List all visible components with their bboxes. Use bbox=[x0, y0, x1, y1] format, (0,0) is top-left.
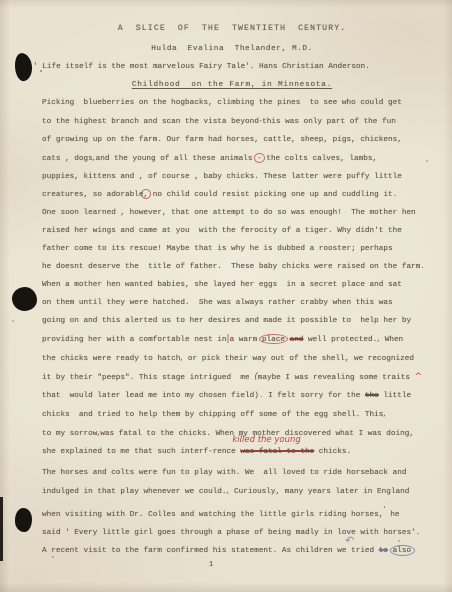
typed-line: when visiting with Dr. Colles and watchi… bbox=[42, 501, 422, 524]
typed-text: The horses and colts were fun to play wi… bbox=[42, 469, 406, 477]
paragraph: Picking blueberries on the hogbacks, cli… bbox=[42, 94, 422, 461]
scan-edge-mark bbox=[0, 497, 3, 561]
typed-body: Picking blueberries on the hogbacks, cli… bbox=[42, 94, 422, 560]
typewritten-page: A SLICE OF THE TWENTIETH CENTURY. Hulda … bbox=[0, 0, 452, 592]
red-typed-text: . bbox=[420, 263, 425, 271]
typed-text: when visiting with Dr. Colles and watchi… bbox=[42, 511, 383, 519]
section-heading: Childhood on the Farm, in Minnesota. bbox=[42, 80, 422, 91]
ink-blot bbox=[15, 508, 32, 532]
typed-line: to the highest branch and scan the vista… bbox=[42, 112, 422, 131]
typed-text: that would later lead me into my chosen … bbox=[42, 392, 259, 400]
typed-text: said ' Every little girl goes through a … bbox=[42, 529, 420, 537]
typed-text: tried↶ bbox=[351, 547, 374, 555]
typed-line: One soon learned , however, that one att… bbox=[42, 204, 422, 222]
typed-text: on them until they were hatched. She was… bbox=[42, 299, 393, 307]
typed-line: creatures, so adorable, no child could r… bbox=[42, 186, 422, 204]
typed-line: of growing up on the farm. Our farm had … bbox=[42, 131, 422, 149]
typed-line: the chicks were ready to hatch, or pick … bbox=[42, 349, 422, 368]
handwritten-mark: ^ bbox=[415, 372, 423, 382]
typed-line: raised her wings and came at you with th… bbox=[42, 222, 422, 240]
typed-line: Picking blueberries on the hogbacks, cli… bbox=[42, 94, 422, 112]
typed-text: puppies, kittens and , of course , baby … bbox=[42, 173, 402, 181]
typed-line: it by their "peeps". This stage intrigue… bbox=[42, 368, 422, 387]
typed-line: said ' Every little girl goes through a … bbox=[42, 524, 422, 542]
epigraph-quote: ' Life itself is the most marvelous Fair… bbox=[33, 62, 422, 73]
circled-text: also bbox=[393, 547, 411, 555]
typed-text: it by their "peeps". This stage intrigue… bbox=[42, 374, 254, 382]
struck-text: to bbox=[379, 547, 388, 555]
typed-line: on them until they were hatched. She was… bbox=[42, 294, 422, 312]
author-byline: Hulda Evalina Thelander, M.D. bbox=[42, 44, 422, 55]
typed-line: she explained to me that such interf-ren… bbox=[42, 443, 422, 461]
typed-text: little bbox=[379, 392, 411, 400]
paper-speck bbox=[40, 70, 42, 72]
typed-text: providing her with a comfortable nest in bbox=[42, 336, 227, 344]
handwritten-note: killed the young bbox=[232, 431, 300, 449]
typed-line: that would later lead me into my chosen … bbox=[42, 387, 422, 405]
typed-line: puppies, kittens and , of course , baby … bbox=[42, 168, 422, 186]
typed-line: A recent visit to the farm confirmed his… bbox=[42, 542, 422, 560]
typed-text: he doesnt deserve the title of father. T… bbox=[42, 263, 420, 271]
typed-text: When bbox=[380, 336, 403, 344]
typed-text: maybe I was revealing some traits bbox=[258, 374, 415, 382]
handwritten-mark: , bbox=[383, 409, 386, 419]
struck-text: the bbox=[365, 392, 379, 400]
struck-text: and bbox=[290, 336, 304, 344]
typed-text: a warm bbox=[230, 336, 262, 344]
typed-text: Picking blueberries on the hogbacks, cli… bbox=[42, 99, 402, 107]
document-title: A SLICE OF THE TWENTIETH CENTURY. bbox=[42, 23, 422, 35]
typed-text: A recent visit to the farm confirmed his… bbox=[42, 547, 351, 555]
typed-line: father come to its rescue! Maybe that is… bbox=[42, 240, 422, 258]
page-content: A SLICE OF THE TWENTIETH CENTURY. Hulda … bbox=[0, 0, 452, 570]
paragraph: The horses and colts were fun to play wi… bbox=[42, 464, 422, 560]
typed-text: well protected. bbox=[303, 336, 377, 344]
typed-text: this was only part of the fun bbox=[262, 118, 396, 126]
typed-text: Curiously, many years later in England bbox=[229, 488, 409, 496]
typed-text: cats , dogs bbox=[42, 155, 93, 163]
typed-line: he doesnt deserve the title of father. T… bbox=[42, 258, 422, 276]
typed-text: I felt sorry for the bbox=[263, 392, 365, 400]
typed-line: The horses and colts were fun to play wi… bbox=[42, 464, 422, 482]
page-number: 1 bbox=[42, 560, 380, 570]
typed-text: she explained to me that such interf-ren… bbox=[42, 448, 240, 456]
typed-text bbox=[285, 336, 290, 344]
typed-text: creatures, so adorable bbox=[42, 191, 144, 199]
struck-text: was fatal to thekilled the young bbox=[240, 448, 314, 456]
typed-text: father come to its rescue! Maybe that is… bbox=[42, 245, 393, 253]
typed-text: the chicks were ready to hatch bbox=[42, 355, 180, 363]
typed-text: and the young of all these animals bbox=[96, 155, 257, 163]
typed-text: to the highest branch and scan the vista… bbox=[42, 118, 259, 126]
typed-text: indulged in that play whenever we could. bbox=[42, 488, 227, 496]
typed-text: the colts calves, lambs, bbox=[262, 155, 377, 163]
handwritten-note: ↶ bbox=[345, 532, 354, 550]
ink-blot bbox=[12, 287, 37, 311]
typed-text: When a mother hen wanted babies, she lay… bbox=[42, 281, 402, 289]
circled-text: place bbox=[262, 336, 285, 344]
typed-line: going on and this alerted us to her desi… bbox=[42, 312, 422, 330]
typed-text: chicks and tried to help them by chippin… bbox=[42, 411, 383, 419]
typed-line: When a mother hen wanted babies, she lay… bbox=[42, 276, 422, 294]
typed-text: he bbox=[386, 511, 400, 519]
typed-text: no child could resist picking one up and… bbox=[148, 191, 397, 199]
typed-text: chicks. bbox=[314, 448, 351, 456]
typed-text: One soon learned , however, that one att… bbox=[42, 209, 416, 217]
typed-text: to my sorrow bbox=[42, 430, 97, 438]
typed-text: raised her wings and came at you with th… bbox=[42, 227, 402, 235]
typed-line: chicks and tried to help them by chippin… bbox=[42, 405, 422, 424]
typed-text: or pick their way out of the shell, we r… bbox=[183, 355, 414, 363]
typed-line: providing her with a comfortable nest in… bbox=[42, 330, 422, 349]
typed-line: indulged in that play whenever we could.… bbox=[42, 482, 422, 501]
typed-text: going on and this alerted us to her desi… bbox=[42, 317, 411, 325]
typed-line: cats , dogs,and the young of all these a… bbox=[42, 149, 422, 168]
typed-text: of growing up on the farm. Our farm had … bbox=[42, 136, 402, 144]
